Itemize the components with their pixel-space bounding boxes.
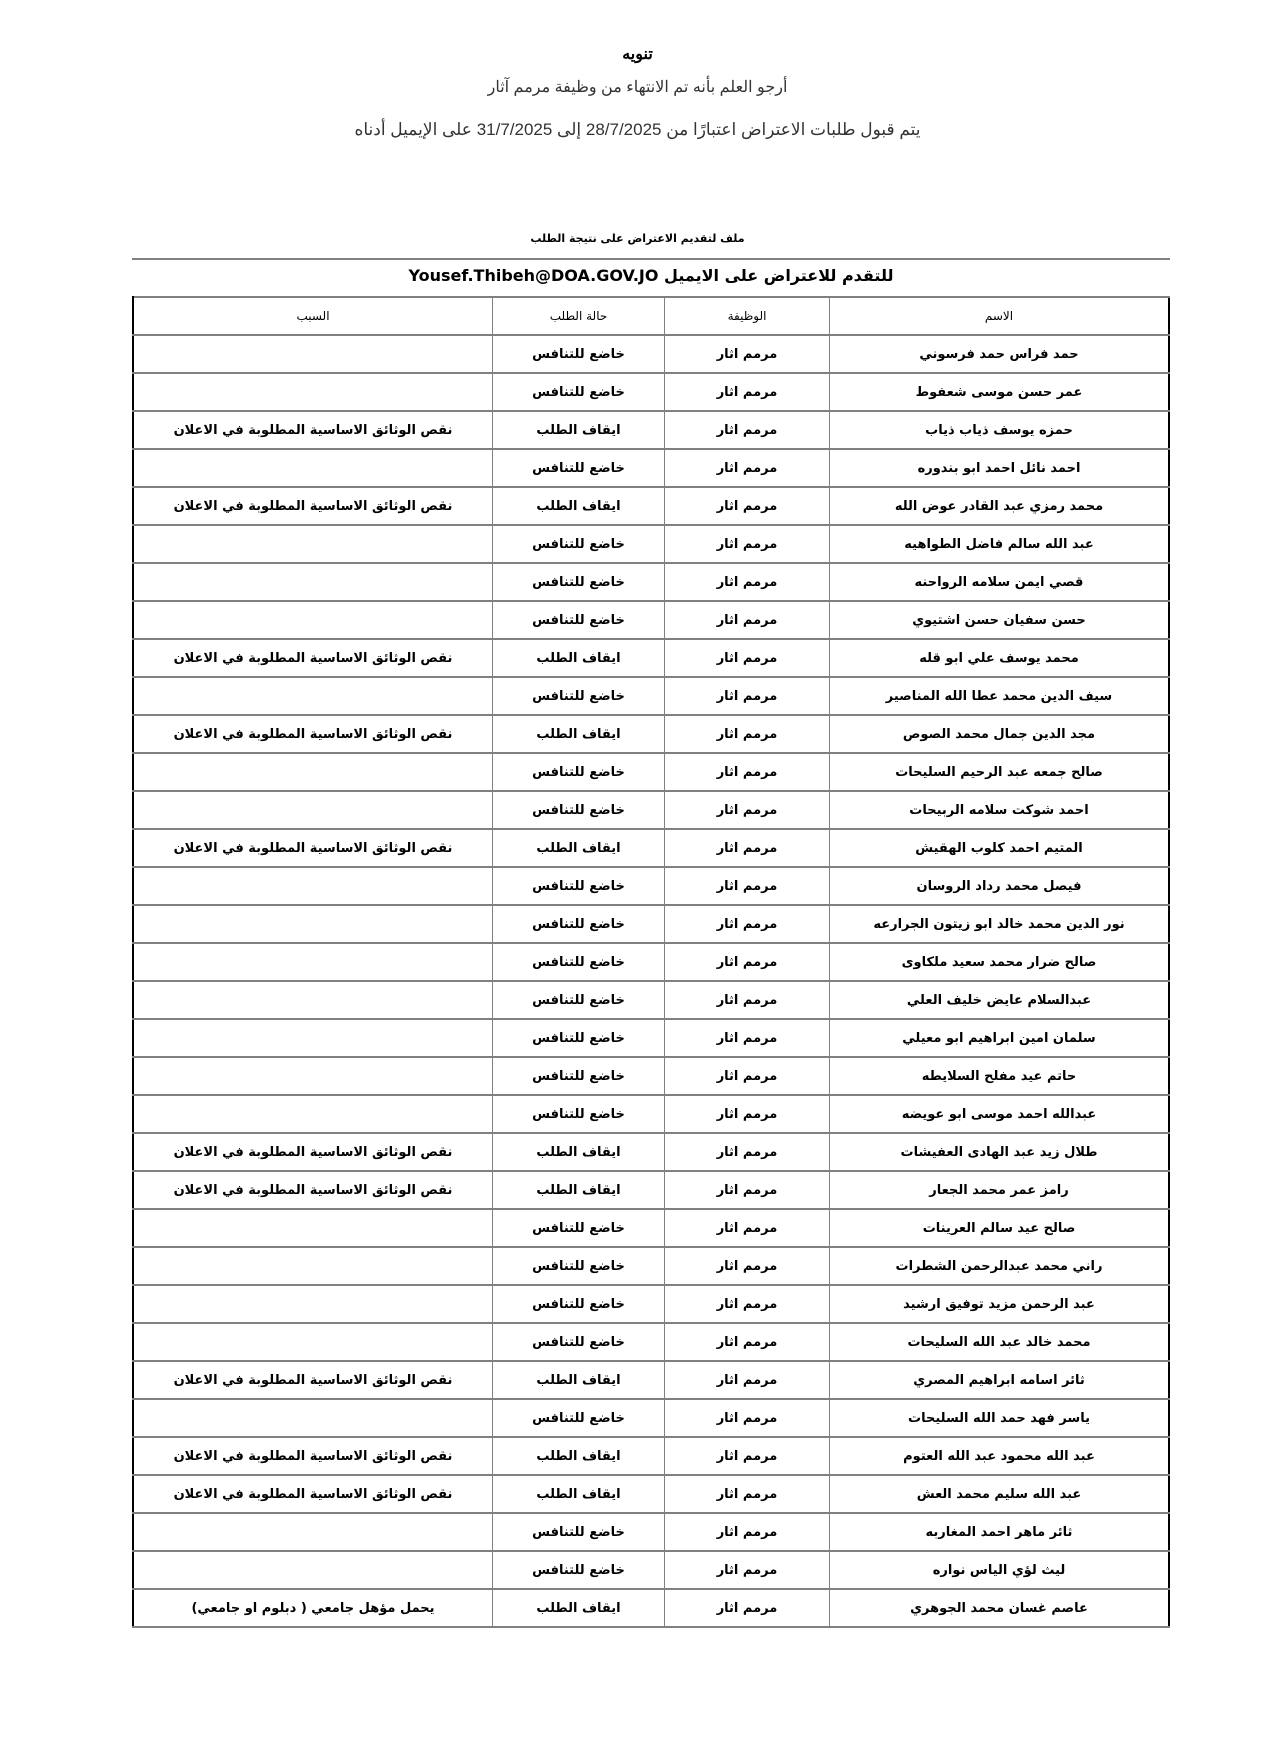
cell-name: عبدالسلام عايض خليف العلي <box>830 981 1170 1019</box>
notice-line-completion: أرجو العلم بأنه تم الانتهاء من وظيفة مرم… <box>0 77 1275 97</box>
cell-status: خاضع للتنافس <box>493 943 665 981</box>
table-row: ياسر فهد حمد الله السليحاتمرمم اثارخاضع … <box>133 1399 1169 1437</box>
cell-status: خاضع للتنافس <box>493 1285 665 1323</box>
table-row: عبد الرحمن مزيد توفيق ارشيدمرمم اثارخاضع… <box>133 1285 1169 1323</box>
cell-status: خاضع للتنافس <box>493 1399 665 1437</box>
cell-job: مرمم اثار <box>665 1285 830 1323</box>
file-caption: ملف لتقديم الاعتراض على نتيجة الطلب <box>0 232 1275 245</box>
table-body: حمد فراس حمد فرسونيمرمم اثارخاضع للتنافس… <box>133 335 1169 1627</box>
cell-name: عمر حسن موسى شعفوط <box>830 373 1170 411</box>
notice-title: تنويه <box>0 44 1275 64</box>
table-row: حمد فراس حمد فرسونيمرمم اثارخاضع للتنافس <box>133 335 1169 373</box>
cell-job: مرمم اثار <box>665 563 830 601</box>
notice-line-objection-dates: يتم قبول طلبات الاعتراض اعتبارًا من 28/7… <box>0 120 1275 140</box>
cell-status: خاضع للتنافس <box>493 373 665 411</box>
cell-job: مرمم اثار <box>665 943 830 981</box>
cell-name: احمد شوكت سلامه الربيحات <box>830 791 1170 829</box>
table-row: عبد الله سليم محمد العشمرمم اثارايقاف ال… <box>133 1475 1169 1513</box>
table-row: راني محمد عبدالرحمن الشطراتمرمم اثارخاضع… <box>133 1247 1169 1285</box>
cell-reason <box>133 753 493 791</box>
cell-status: ايقاف الطلب <box>493 1589 665 1627</box>
cell-status: خاضع للتنافس <box>493 335 665 373</box>
cell-reason <box>133 373 493 411</box>
cell-status: خاضع للتنافس <box>493 525 665 563</box>
divider <box>132 258 1170 260</box>
cell-reason <box>133 1285 493 1323</box>
cell-status: ايقاف الطلب <box>493 1475 665 1513</box>
cell-name: نور الدين محمد خالد ابو زيتون الجرارعه <box>830 905 1170 943</box>
cell-job: مرمم اثار <box>665 487 830 525</box>
cell-job: مرمم اثار <box>665 829 830 867</box>
cell-status: خاضع للتنافس <box>493 601 665 639</box>
cell-reason <box>133 1247 493 1285</box>
table-row: محمد خالد عبد الله السليحاتمرمم اثارخاضع… <box>133 1323 1169 1361</box>
cell-status: ايقاف الطلب <box>493 1361 665 1399</box>
cell-name: عبد الله سليم محمد العش <box>830 1475 1170 1513</box>
cell-name: محمد يوسف علي ابو قله <box>830 639 1170 677</box>
cell-reason <box>133 601 493 639</box>
cell-name: رامز عمر محمد الجعار <box>830 1171 1170 1209</box>
table-row: رامز عمر محمد الجعارمرمم اثارايقاف الطلب… <box>133 1171 1169 1209</box>
cell-reason <box>133 335 493 373</box>
cell-name: ثائر اسامه ابراهيم المصري <box>830 1361 1170 1399</box>
header-job: الوظيفة <box>665 297 830 335</box>
cell-name: عبدالله احمد موسى ابو عويضه <box>830 1095 1170 1133</box>
cell-name: ثائر ماهر احمد المغاربه <box>830 1513 1170 1551</box>
cell-reason: نقص الوثائق الاساسية المطلوبة في الاعلان <box>133 1437 493 1475</box>
table-row: ثائر ماهر احمد المغاربهمرمم اثارخاضع للت… <box>133 1513 1169 1551</box>
cell-name: فيصل محمد رداد الروسان <box>830 867 1170 905</box>
cell-name: محمد رمزي عبد القادر عوض الله <box>830 487 1170 525</box>
cell-reason <box>133 525 493 563</box>
cell-reason <box>133 981 493 1019</box>
cell-status: ايقاف الطلب <box>493 715 665 753</box>
cell-name: صالح جمعه عبد الرحيم السليحات <box>830 753 1170 791</box>
cell-reason <box>133 1551 493 1589</box>
table-row: فيصل محمد رداد الروسانمرمم اثارخاضع للتن… <box>133 867 1169 905</box>
cell-status: خاضع للتنافس <box>493 1057 665 1095</box>
cell-reason <box>133 1513 493 1551</box>
cell-reason <box>133 905 493 943</box>
cell-job: مرمم اثار <box>665 1171 830 1209</box>
cell-reason <box>133 791 493 829</box>
cell-job: مرمم اثار <box>665 525 830 563</box>
table-row: ليث لؤي الياس نوارهمرمم اثارخاضع للتنافس <box>133 1551 1169 1589</box>
cell-job: مرمم اثار <box>665 1399 830 1437</box>
table-row: حسن سفيان حسن اشتيويمرمم اثارخاضع للتناف… <box>133 601 1169 639</box>
table-row: سيف الدين محمد عطا الله المناصيرمرمم اثا… <box>133 677 1169 715</box>
cell-reason: يحمل مؤهل جامعي ( دبلوم او جامعي) <box>133 1589 493 1627</box>
cell-job: مرمم اثار <box>665 449 830 487</box>
cell-reason <box>133 1057 493 1095</box>
cell-job: مرمم اثار <box>665 335 830 373</box>
cell-status: خاضع للتنافس <box>493 867 665 905</box>
cell-name: عبد الرحمن مزيد توفيق ارشيد <box>830 1285 1170 1323</box>
cell-reason: نقص الوثائق الاساسية المطلوبة في الاعلان <box>133 829 493 867</box>
cell-name: احمد نائل احمد ابو بندوره <box>830 449 1170 487</box>
cell-status: خاضع للتنافس <box>493 677 665 715</box>
cell-name: حمد فراس حمد فرسوني <box>830 335 1170 373</box>
cell-status: خاضع للتنافس <box>493 753 665 791</box>
table-row: صالح ضرار محمد سعيد ملكاوىمرمم اثارخاضع … <box>133 943 1169 981</box>
header-status: حالة الطلب <box>493 297 665 335</box>
table-row: ثائر اسامه ابراهيم المصريمرمم اثارايقاف … <box>133 1361 1169 1399</box>
cell-job: مرمم اثار <box>665 867 830 905</box>
cell-job: مرمم اثار <box>665 1361 830 1399</box>
cell-status: ايقاف الطلب <box>493 1437 665 1475</box>
table-row: حاتم عيد مفلح السلايطهمرمم اثارخاضع للتن… <box>133 1057 1169 1095</box>
cell-status: خاضع للتنافس <box>493 1323 665 1361</box>
table-row: مجد الدين جمال محمد الصوصمرمم اثارايقاف … <box>133 715 1169 753</box>
cell-status: خاضع للتنافس <box>493 1095 665 1133</box>
cell-reason <box>133 1399 493 1437</box>
cell-job: مرمم اثار <box>665 1095 830 1133</box>
cell-job: مرمم اثار <box>665 373 830 411</box>
table-row: محمد يوسف علي ابو قلهمرمم اثارايقاف الطل… <box>133 639 1169 677</box>
cell-name: ليث لؤي الياس نواره <box>830 1551 1170 1589</box>
cell-name: ياسر فهد حمد الله السليحات <box>830 1399 1170 1437</box>
cell-name: قصي ايمن سلامه الرواحنه <box>830 563 1170 601</box>
table-row: عبدالسلام عايض خليف العليمرمم اثارخاضع ل… <box>133 981 1169 1019</box>
cell-status: خاضع للتنافس <box>493 563 665 601</box>
cell-name: سلمان امين ابراهيم ابو معيلي <box>830 1019 1170 1057</box>
cell-job: مرمم اثار <box>665 1019 830 1057</box>
cell-name: راني محمد عبدالرحمن الشطرات <box>830 1247 1170 1285</box>
cell-job: مرمم اثار <box>665 1551 830 1589</box>
cell-job: مرمم اثار <box>665 1247 830 1285</box>
table-row: طلال زيد عبد الهادى العفيشاتمرمم اثارايق… <box>133 1133 1169 1171</box>
cell-status: ايقاف الطلب <box>493 411 665 449</box>
objection-email-title: للتقدم للاعتراض على الايميل Yousef.Thibe… <box>132 264 1170 288</box>
table-row: عاصم غسان محمد الجوهريمرمم اثارايقاف الط… <box>133 1589 1169 1627</box>
cell-status: خاضع للتنافس <box>493 1513 665 1551</box>
results-table: الاسم الوظيفة حالة الطلب السبب حمد فراس … <box>132 296 1170 1628</box>
cell-job: مرمم اثار <box>665 639 830 677</box>
cell-name: حسن سفيان حسن اشتيوي <box>830 601 1170 639</box>
cell-job: مرمم اثار <box>665 905 830 943</box>
cell-name: سيف الدين محمد عطا الله المناصير <box>830 677 1170 715</box>
cell-job: مرمم اثار <box>665 601 830 639</box>
table-row: احمد نائل احمد ابو بندورهمرمم اثارخاضع ل… <box>133 449 1169 487</box>
cell-status: ايقاف الطلب <box>493 639 665 677</box>
cell-status: ايقاف الطلب <box>493 1133 665 1171</box>
cell-name: طلال زيد عبد الهادى العفيشات <box>830 1133 1170 1171</box>
table-row: حمزه يوسف ذياب ذيابمرمم اثارايقاف الطلبن… <box>133 411 1169 449</box>
table-row: نور الدين محمد خالد ابو زيتون الجرارعهمر… <box>133 905 1169 943</box>
header-reason: السبب <box>133 297 493 335</box>
cell-status: خاضع للتنافس <box>493 449 665 487</box>
table-row: عبد الله محمود عبد الله العتوممرمم اثارا… <box>133 1437 1169 1475</box>
table-row: عمر حسن موسى شعفوطمرمم اثارخاضع للتنافس <box>133 373 1169 411</box>
cell-status: خاضع للتنافس <box>493 981 665 1019</box>
cell-name: محمد خالد عبد الله السليحات <box>830 1323 1170 1361</box>
cell-reason: نقص الوثائق الاساسية المطلوبة في الاعلان <box>133 1133 493 1171</box>
cell-status: ايقاف الطلب <box>493 829 665 867</box>
cell-job: مرمم اثار <box>665 1057 830 1095</box>
table-row: محمد رمزي عبد القادر عوض اللهمرمم اثاراي… <box>133 487 1169 525</box>
cell-reason: نقص الوثائق الاساسية المطلوبة في الاعلان <box>133 411 493 449</box>
cell-status: ايقاف الطلب <box>493 1171 665 1209</box>
cell-name: حاتم عيد مفلح السلايطه <box>830 1057 1170 1095</box>
cell-reason <box>133 1323 493 1361</box>
table-header-row: الاسم الوظيفة حالة الطلب السبب <box>133 297 1169 335</box>
cell-reason <box>133 449 493 487</box>
cell-reason <box>133 867 493 905</box>
table-row: صالح عيد سالم العريناتمرمم اثارخاضع للتن… <box>133 1209 1169 1247</box>
cell-name: عبد الله سالم فاضل الطواهيه <box>830 525 1170 563</box>
cell-status: ايقاف الطلب <box>493 487 665 525</box>
cell-name: عاصم غسان محمد الجوهري <box>830 1589 1170 1627</box>
cell-reason <box>133 563 493 601</box>
cell-status: خاضع للتنافس <box>493 1019 665 1057</box>
cell-job: مرمم اثار <box>665 1133 830 1171</box>
table-row: عبد الله سالم فاضل الطواهيهمرمم اثارخاضع… <box>133 525 1169 563</box>
cell-reason: نقص الوثائق الاساسية المطلوبة في الاعلان <box>133 1475 493 1513</box>
cell-name: صالح ضرار محمد سعيد ملكاوى <box>830 943 1170 981</box>
cell-name: المتيم احمد كلوب الهقيش <box>830 829 1170 867</box>
table-row: قصي ايمن سلامه الرواحنهمرمم اثارخاضع للت… <box>133 563 1169 601</box>
cell-reason: نقص الوثائق الاساسية المطلوبة في الاعلان <box>133 1361 493 1399</box>
cell-reason: نقص الوثائق الاساسية المطلوبة في الاعلان <box>133 487 493 525</box>
cell-job: مرمم اثار <box>665 715 830 753</box>
cell-status: خاضع للتنافس <box>493 1209 665 1247</box>
cell-job: مرمم اثار <box>665 1209 830 1247</box>
table-row: احمد شوكت سلامه الربيحاتمرمم اثارخاضع لل… <box>133 791 1169 829</box>
cell-job: مرمم اثار <box>665 677 830 715</box>
cell-status: خاضع للتنافس <box>493 1551 665 1589</box>
table-row: المتيم احمد كلوب الهقيشمرمم اثارايقاف ال… <box>133 829 1169 867</box>
cell-name: عبد الله محمود عبد الله العتوم <box>830 1437 1170 1475</box>
header-name: الاسم <box>830 297 1170 335</box>
cell-job: مرمم اثار <box>665 1323 830 1361</box>
cell-status: خاضع للتنافس <box>493 905 665 943</box>
cell-job: مرمم اثار <box>665 981 830 1019</box>
cell-name: صالح عيد سالم العرينات <box>830 1209 1170 1247</box>
cell-reason: نقص الوثائق الاساسية المطلوبة في الاعلان <box>133 715 493 753</box>
cell-name: مجد الدين جمال محمد الصوص <box>830 715 1170 753</box>
cell-job: مرمم اثار <box>665 753 830 791</box>
cell-job: مرمم اثار <box>665 411 830 449</box>
cell-status: خاضع للتنافس <box>493 791 665 829</box>
results-table-container: الاسم الوظيفة حالة الطلب السبب حمد فراس … <box>132 296 1170 1628</box>
cell-job: مرمم اثار <box>665 791 830 829</box>
cell-reason <box>133 943 493 981</box>
cell-job: مرمم اثار <box>665 1589 830 1627</box>
cell-reason: نقص الوثائق الاساسية المطلوبة في الاعلان <box>133 1171 493 1209</box>
table-row: سلمان امين ابراهيم ابو معيليمرمم اثارخاض… <box>133 1019 1169 1057</box>
cell-reason <box>133 677 493 715</box>
cell-reason: نقص الوثائق الاساسية المطلوبة في الاعلان <box>133 639 493 677</box>
table-row: عبدالله احمد موسى ابو عويضهمرمم اثارخاضع… <box>133 1095 1169 1133</box>
cell-job: مرمم اثار <box>665 1475 830 1513</box>
cell-reason <box>133 1019 493 1057</box>
cell-name: حمزه يوسف ذياب ذياب <box>830 411 1170 449</box>
cell-job: مرمم اثار <box>665 1437 830 1475</box>
cell-reason <box>133 1209 493 1247</box>
cell-job: مرمم اثار <box>665 1513 830 1551</box>
table-row: صالح جمعه عبد الرحيم السليحاتمرمم اثارخا… <box>133 753 1169 791</box>
cell-status: خاضع للتنافس <box>493 1247 665 1285</box>
cell-reason <box>133 1095 493 1133</box>
